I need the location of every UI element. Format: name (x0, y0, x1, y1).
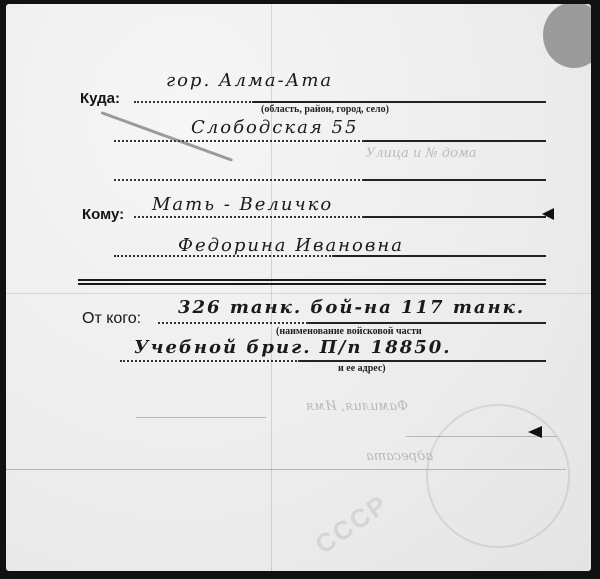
corner-stain (543, 4, 591, 68)
paper-tear (542, 208, 554, 220)
from-rule (308, 322, 546, 324)
reverse-ghost-text: адресата (366, 449, 433, 464)
street-rule (364, 140, 546, 142)
reverse-ghost-text: Улица и № дома (366, 146, 477, 161)
from-caption-address: и ее адрес) (338, 363, 386, 374)
to-whom-label: Кому: (82, 206, 124, 223)
section-divider-double-rule (78, 279, 546, 281)
reverse-ghost-text: Фамилия, Имя (306, 399, 408, 414)
from-address-rule (300, 360, 546, 362)
postmark-circle (426, 404, 570, 548)
blank-rule (114, 179, 364, 181)
recipient-name-rule (334, 255, 546, 257)
street-rule (114, 140, 364, 142)
postmark-text: СССР (309, 488, 394, 560)
from-address-rule (120, 360, 300, 362)
to-whom-rule (364, 216, 546, 218)
to-whom-handwritten-line2: Федорина Ивановна (178, 235, 404, 256)
to-where-handwritten-line2: Слободская 55 (191, 117, 358, 138)
to-where-handwritten-line1: гор. Алма-Ата (166, 70, 333, 91)
from-caption: (наименование войсковой части (276, 326, 422, 337)
blank-rule (364, 179, 546, 181)
from-handwritten-line2: Учебной бриг. П/п 18850. (134, 337, 452, 358)
from-handwritten-line1: 326 танк. бой-на 117 танк. (178, 297, 525, 318)
from-rule (158, 322, 308, 324)
to-whom-handwritten-line1: Мать - Величко (152, 194, 333, 215)
to-where-rule (254, 101, 546, 103)
paper-tear (528, 426, 542, 438)
to-where-rule (134, 101, 254, 103)
from-label: От кого: (82, 310, 141, 328)
recipient-name-rule (114, 255, 334, 257)
to-where-caption: (область, район, город, село) (261, 104, 389, 115)
to-where-label: Куда: (80, 90, 120, 107)
fold-crease-horizontal (6, 293, 591, 294)
reverse-ghost-line (136, 417, 266, 418)
to-whom-rule (134, 216, 364, 218)
postal-form-sheet: Улица и № дома Фамилия, Имя адресата ССС… (6, 4, 591, 571)
